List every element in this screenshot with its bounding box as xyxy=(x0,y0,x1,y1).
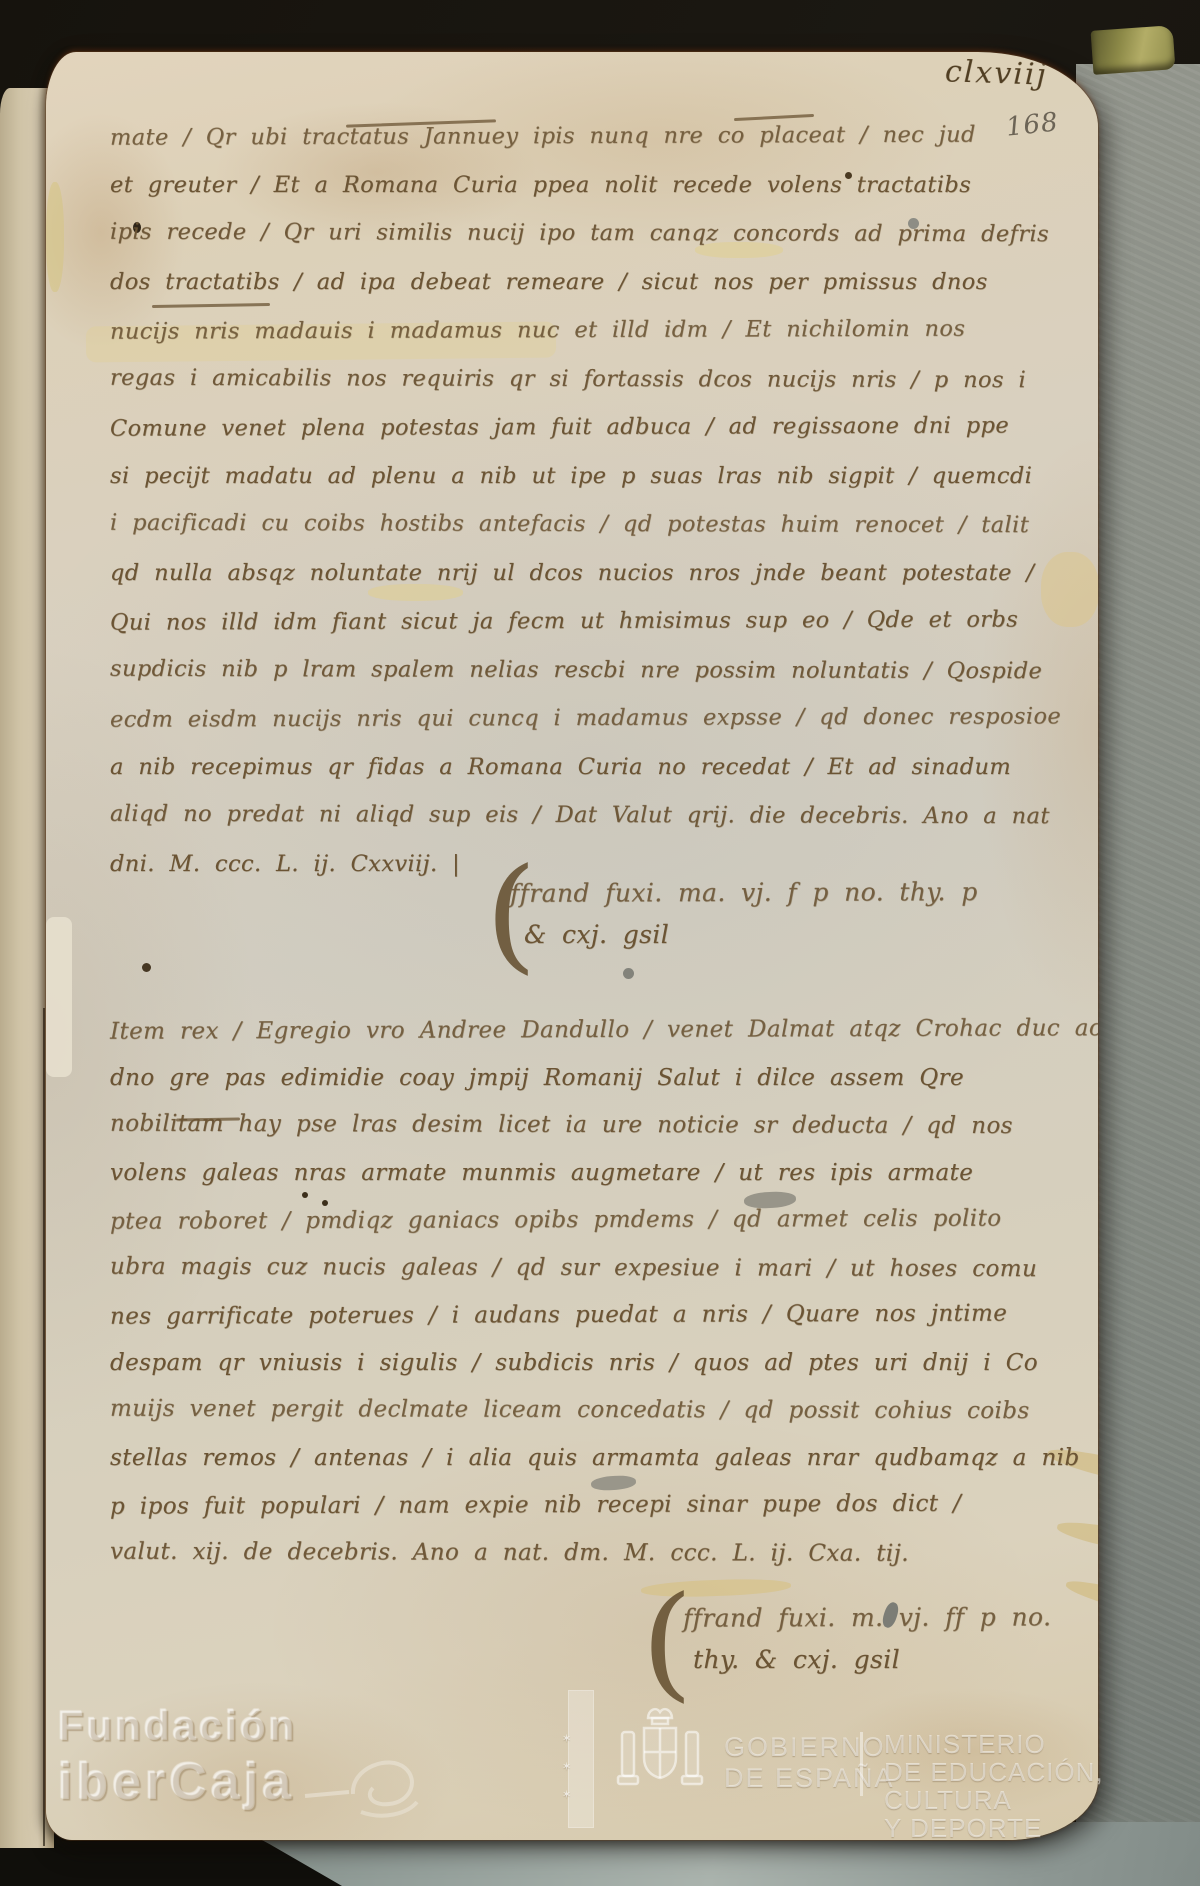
signature-line: thy. & cxj. gsil xyxy=(693,1639,1051,1681)
manuscript-line: et greuter / Et a Romana Curia ppea noli… xyxy=(110,161,1070,210)
spain-flag-strip xyxy=(568,1690,594,1828)
stain xyxy=(46,182,64,292)
ibercaja-watermark: Fundación iberCaja xyxy=(58,1702,297,1812)
ibercaja-logo-swirl-icon xyxy=(303,1750,423,1828)
manuscript-line: stellas remos / antenas / i alia quis ar… xyxy=(110,1435,1090,1483)
ministerio-line3: Y DEPORTE xyxy=(884,1814,1200,1842)
manuscript-line: regas i amicabilis nos requiris qr si fo… xyxy=(110,353,1070,404)
ibercaja-watermark-line2: iberCaja xyxy=(58,1752,297,1812)
manuscript-line: ipis recede / Qr uri similis nucij ipo t… xyxy=(110,208,1070,259)
gobierno-line1: GOBIERNO xyxy=(724,1732,895,1763)
manuscript-photo: clxviij 168 mate / Qr ubi tractatus Jann… xyxy=(0,0,1200,1886)
repair-tab xyxy=(46,917,72,1077)
manuscript-line: a nib recepimus qr fidas a Romana Curia … xyxy=(110,743,1070,792)
manuscript-line: dno gre pas edimidie coay jmpij Romanij … xyxy=(110,1055,1090,1103)
manuscript-line: dos tractatibs / ad ipa debeat remeare /… xyxy=(110,258,1070,307)
manuscript-paragraph-1: mate / Qr ubi tractatus Jannuey ipis nun… xyxy=(110,112,1070,888)
ink-speck xyxy=(142,963,151,972)
manuscript-line: aliqd no predat ni aliqd sup eis / Dat V… xyxy=(110,790,1070,841)
manuscript-line: p ipos fuit populari / nam expie nib rec… xyxy=(110,1480,1090,1531)
manuscript-line: despam qr vniusis i sigulis / subdicis n… xyxy=(110,1340,1090,1388)
spain-coat-of-arms-icon xyxy=(610,1700,710,1804)
signature-line: & cxj. gsil xyxy=(524,914,978,956)
manuscript-line: mate / Qr ubi tractatus Jannuey ipis nun… xyxy=(110,110,1070,162)
manuscript-line: si pecijt madatu ad plenu a nib ut ipe p… xyxy=(110,452,1070,501)
manuscript-line: nes garrificate poterues / i audans pued… xyxy=(110,1290,1090,1341)
ministerio-line2: DE EDUCACIÓN, CULTURA xyxy=(884,1758,1200,1814)
manuscript-line: nobilitam hay pse lras desim licet ia ur… xyxy=(110,1101,1090,1151)
notary-signature-1: ffrand fuxi. ma. vj. f p no. thy. p & cx… xyxy=(510,872,978,956)
ministerio-text: MINISTERIO DE EDUCACIÓN, CULTURA Y DEPOR… xyxy=(884,1730,1200,1842)
manuscript-line: Comune venet plena potestas jam fuit adb… xyxy=(110,401,1070,453)
manuscript-line: supdicis nib p lram spalem nelias rescbi… xyxy=(110,644,1070,695)
watermark-divider xyxy=(860,1732,863,1796)
manuscript-line: Qui nos illd idm fiant sicut ja fecm ut … xyxy=(110,595,1070,647)
star-icon: ✶ xyxy=(562,1788,571,1801)
manuscript-paragraph-2: Item rex / Egregio vro Andree Dandullo /… xyxy=(110,1007,1090,1577)
star-icon: ✶ xyxy=(562,1732,571,1745)
manuscript-line: ecdm eisdm nucijs nris qui cuncq i madam… xyxy=(110,692,1070,744)
signature-line: ffrand fuxi. m. vj. ff p no. xyxy=(683,1596,1052,1639)
page-corner-fragment xyxy=(1091,25,1176,75)
ministerio-line1: MINISTERIO xyxy=(884,1730,1200,1758)
gobierno-line2: DE ESPAÑA xyxy=(724,1763,895,1794)
manuscript-line: nucijs nris madauis i madamus nuc et ill… xyxy=(110,304,1070,356)
notary-signature-2: ffrand fuxi. m. vj. ff p no. thy. & cxj.… xyxy=(683,1597,1051,1681)
ibercaja-watermark-line1: Fundación xyxy=(58,1702,297,1750)
manuscript-page: clxviij 168 mate / Qr ubi tractatus Jann… xyxy=(46,52,1098,1840)
manuscript-line: Item rex / Egregio vro Andree Dandullo /… xyxy=(110,1005,1090,1056)
manuscript-line: muijs venet pergit declmate liceam conce… xyxy=(110,1386,1090,1436)
manuscript-line: i pacificadi cu coibs hostibs antefacis … xyxy=(110,499,1070,550)
star-icon: ✶ xyxy=(562,1760,571,1773)
page-gap-line xyxy=(43,1008,45,1846)
manuscript-line: qd nulla absqz noluntate nrij ul dcos nu… xyxy=(110,549,1070,598)
folio-roman-numeral: clxviij xyxy=(944,54,1048,93)
paper-hole xyxy=(623,968,634,979)
manuscript-line: ptea roboret / pmdiqz ganiacs opibs pmde… xyxy=(110,1195,1090,1246)
manuscript-line: valut. xij. de decebris. Ano a nat. dm. … xyxy=(110,1528,1090,1578)
manuscript-line: volens galeas nras armate munmis augmeta… xyxy=(110,1150,1090,1198)
manuscript-line: ubra magis cuz nucis galeas / qd sur exp… xyxy=(110,1243,1090,1293)
government-watermark: ✶ ✶ ✶ GOBIERNO DE ESPAÑA MINISTERIO DE E… xyxy=(560,1686,1200,1836)
gobierno-text: GOBIERNO DE ESPAÑA xyxy=(724,1732,895,1794)
signature-line: ffrand fuxi. ma. vj. f p no. thy. p xyxy=(510,871,978,915)
